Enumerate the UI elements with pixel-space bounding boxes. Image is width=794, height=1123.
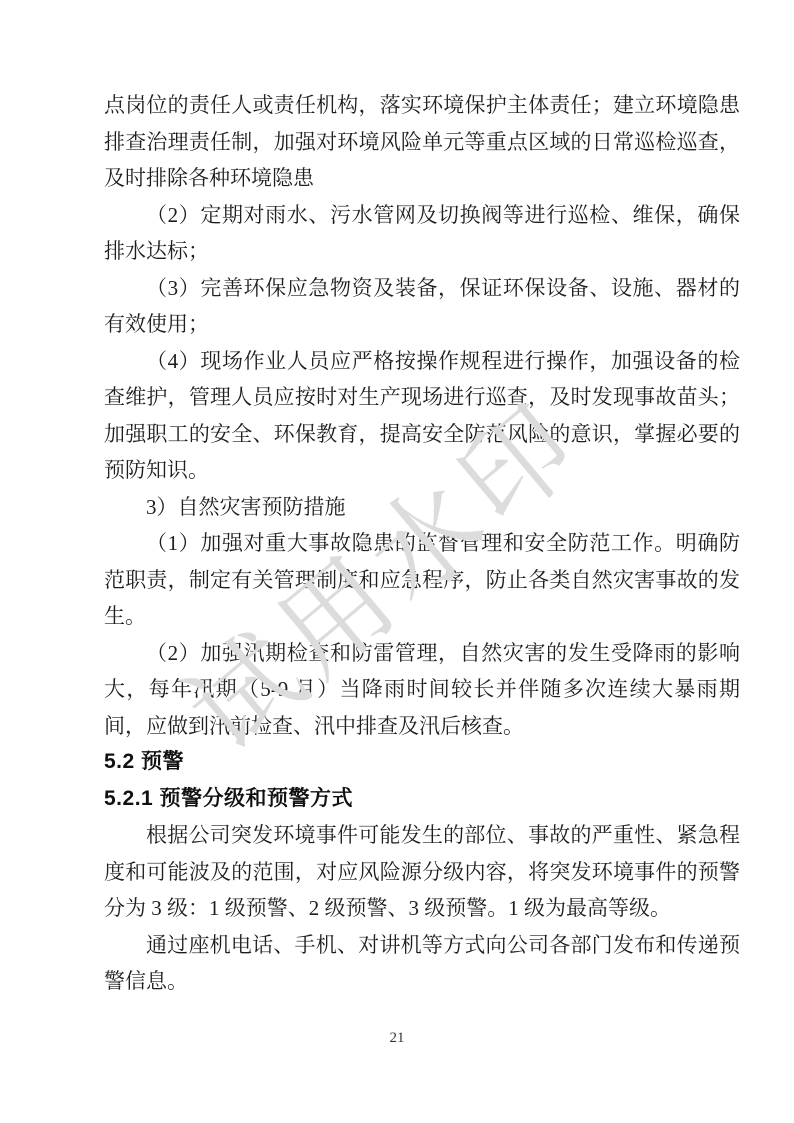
list-item-2-natural: （2）加强汛期检查和防雷管理，自然灾害的发生受降雨的影响大，每年汛期（5-9 月… <box>104 635 740 745</box>
document-page: 点岗位的责任人或责任机构，落实环境保护主体责任；建立环境隐患排查治理责任制，加强… <box>0 0 794 1123</box>
list-item-4: （4）现场作业人员应严格按操作规程进行操作，加强设备的检查维护，管理人员应按时对… <box>104 343 740 489</box>
list-item-3: （3）完善环保应急物资及装备，保证环保设备、设施、器材的有效使用； <box>104 270 740 343</box>
list-header-natural-disaster: 3）自然灾害预防措施 <box>104 489 740 526</box>
subsection-heading-5-2-1: 5.2.1 预警分级和预警方式 <box>104 781 740 818</box>
section-heading-5-2: 5.2 预警 <box>104 744 740 781</box>
body-paragraph-continuation: 点岗位的责任人或责任机构，落实环境保护主体责任；建立环境隐患排查治理责任制，加强… <box>104 87 740 197</box>
list-item-2: （2）定期对雨水、污水管网及切换阀等进行巡检、维保，确保排水达标； <box>104 197 740 270</box>
paragraph-warning-levels: 根据公司突发环境事件可能发生的部位、事故的严重性、紧急程度和可能波及的范围，对应… <box>104 817 740 927</box>
paragraph-warning-methods: 通过座机电话、手机、对讲机等方式向公司各部门发布和传递预警信息。 <box>104 927 740 1000</box>
page-footer: 21 <box>0 1028 794 1048</box>
page-number: 21 <box>390 1030 405 1046</box>
document-body: 点岗位的责任人或责任机构，落实环境保护主体责任；建立环境隐患排查治理责任制，加强… <box>104 87 740 1000</box>
list-item-1-natural: （1）加强对重大事故隐患的监督管理和安全防范工作。明确防范职责，制定有关管理制度… <box>104 525 740 635</box>
